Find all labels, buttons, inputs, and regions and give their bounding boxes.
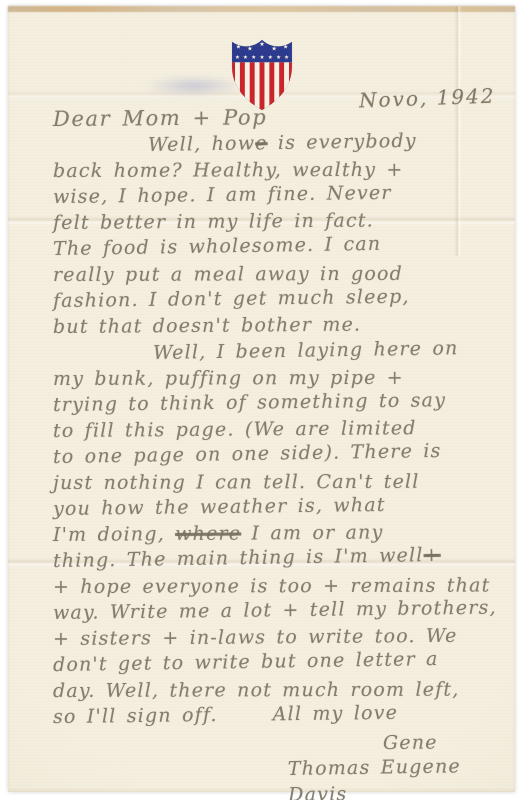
text-segment: Thomas Eugene Davis xyxy=(288,755,472,800)
text-segment: you how the weather is, what xyxy=(53,494,386,520)
text-segment: back home? Healthy, wealthy + xyxy=(53,159,404,182)
text-segment: thing. The main thing is I'm well xyxy=(53,544,424,572)
letter-line: wise, I hope. I am fine. Never xyxy=(53,178,509,210)
text-segment: really put a meal away in good xyxy=(53,263,403,286)
struck-text: + xyxy=(423,544,440,566)
text-segment: so I'll sign off. xyxy=(53,704,218,728)
us-shield-icon xyxy=(230,38,294,112)
text-segment: wise, I hope. I am fine. Never xyxy=(53,182,392,208)
letter-line: Well, I been laying here on xyxy=(153,334,509,366)
text-segment: but that doesn't bother me. xyxy=(53,314,361,338)
letter-paper: Novo, 1942 Dear Mom + PopWell, howe is e… xyxy=(8,6,515,792)
text-segment: way. Write me a lot + tell my brothers, xyxy=(53,597,497,624)
text-segment: day. Well, there not much room left, xyxy=(53,679,460,702)
text-segment: my bunk, puffing on my pipe + xyxy=(53,367,404,390)
letter-line: Well, howe is everybody xyxy=(148,126,509,158)
text-segment: Well, I been laying here on xyxy=(153,337,459,364)
letter-line: you how the weather is, what xyxy=(53,490,509,522)
text-segment: I'm doing, xyxy=(53,523,175,546)
struck-text: where xyxy=(175,523,241,546)
text-segment: to one page on one side). There is xyxy=(53,440,442,468)
text-segment: trying to think of something to say xyxy=(53,389,446,416)
text-segment: I am or any xyxy=(241,521,383,544)
text-segment: felt better in my life in fact. xyxy=(53,209,374,234)
paper-edge-stain xyxy=(8,6,515,12)
text-segment: fashion. I don't get much sleep, xyxy=(53,286,410,312)
letter-line: way. Write me a lot + tell my brothers, xyxy=(53,594,509,626)
text-segment: Well, how xyxy=(148,132,256,156)
letter-line: so I'll sign off.All my love xyxy=(53,698,509,730)
letter-line: fashion. I don't get much sleep, xyxy=(53,282,509,314)
text-segment: The food is wholesome. I can xyxy=(53,233,382,260)
letter-line: trying to think of something to say xyxy=(53,386,509,418)
text-segment: Dear Mom + Pop xyxy=(53,105,267,131)
text-segment: just nothing I can tell. Can't tell xyxy=(53,471,420,494)
text-segment: don't get to write but one letter a xyxy=(53,648,439,676)
letter-lines: Dear Mom + PopWell, howe is everybodybac… xyxy=(53,106,509,800)
text-segment: Gene xyxy=(383,732,438,754)
text-segment: is everybody xyxy=(267,130,416,154)
letter-line: Thomas Eugene Davis xyxy=(288,753,510,800)
text-segment: All my love xyxy=(273,702,399,726)
struck-text: e xyxy=(255,132,268,154)
letter-scan: Novo, 1942 Dear Mom + PopWell, howe is e… xyxy=(0,0,523,800)
